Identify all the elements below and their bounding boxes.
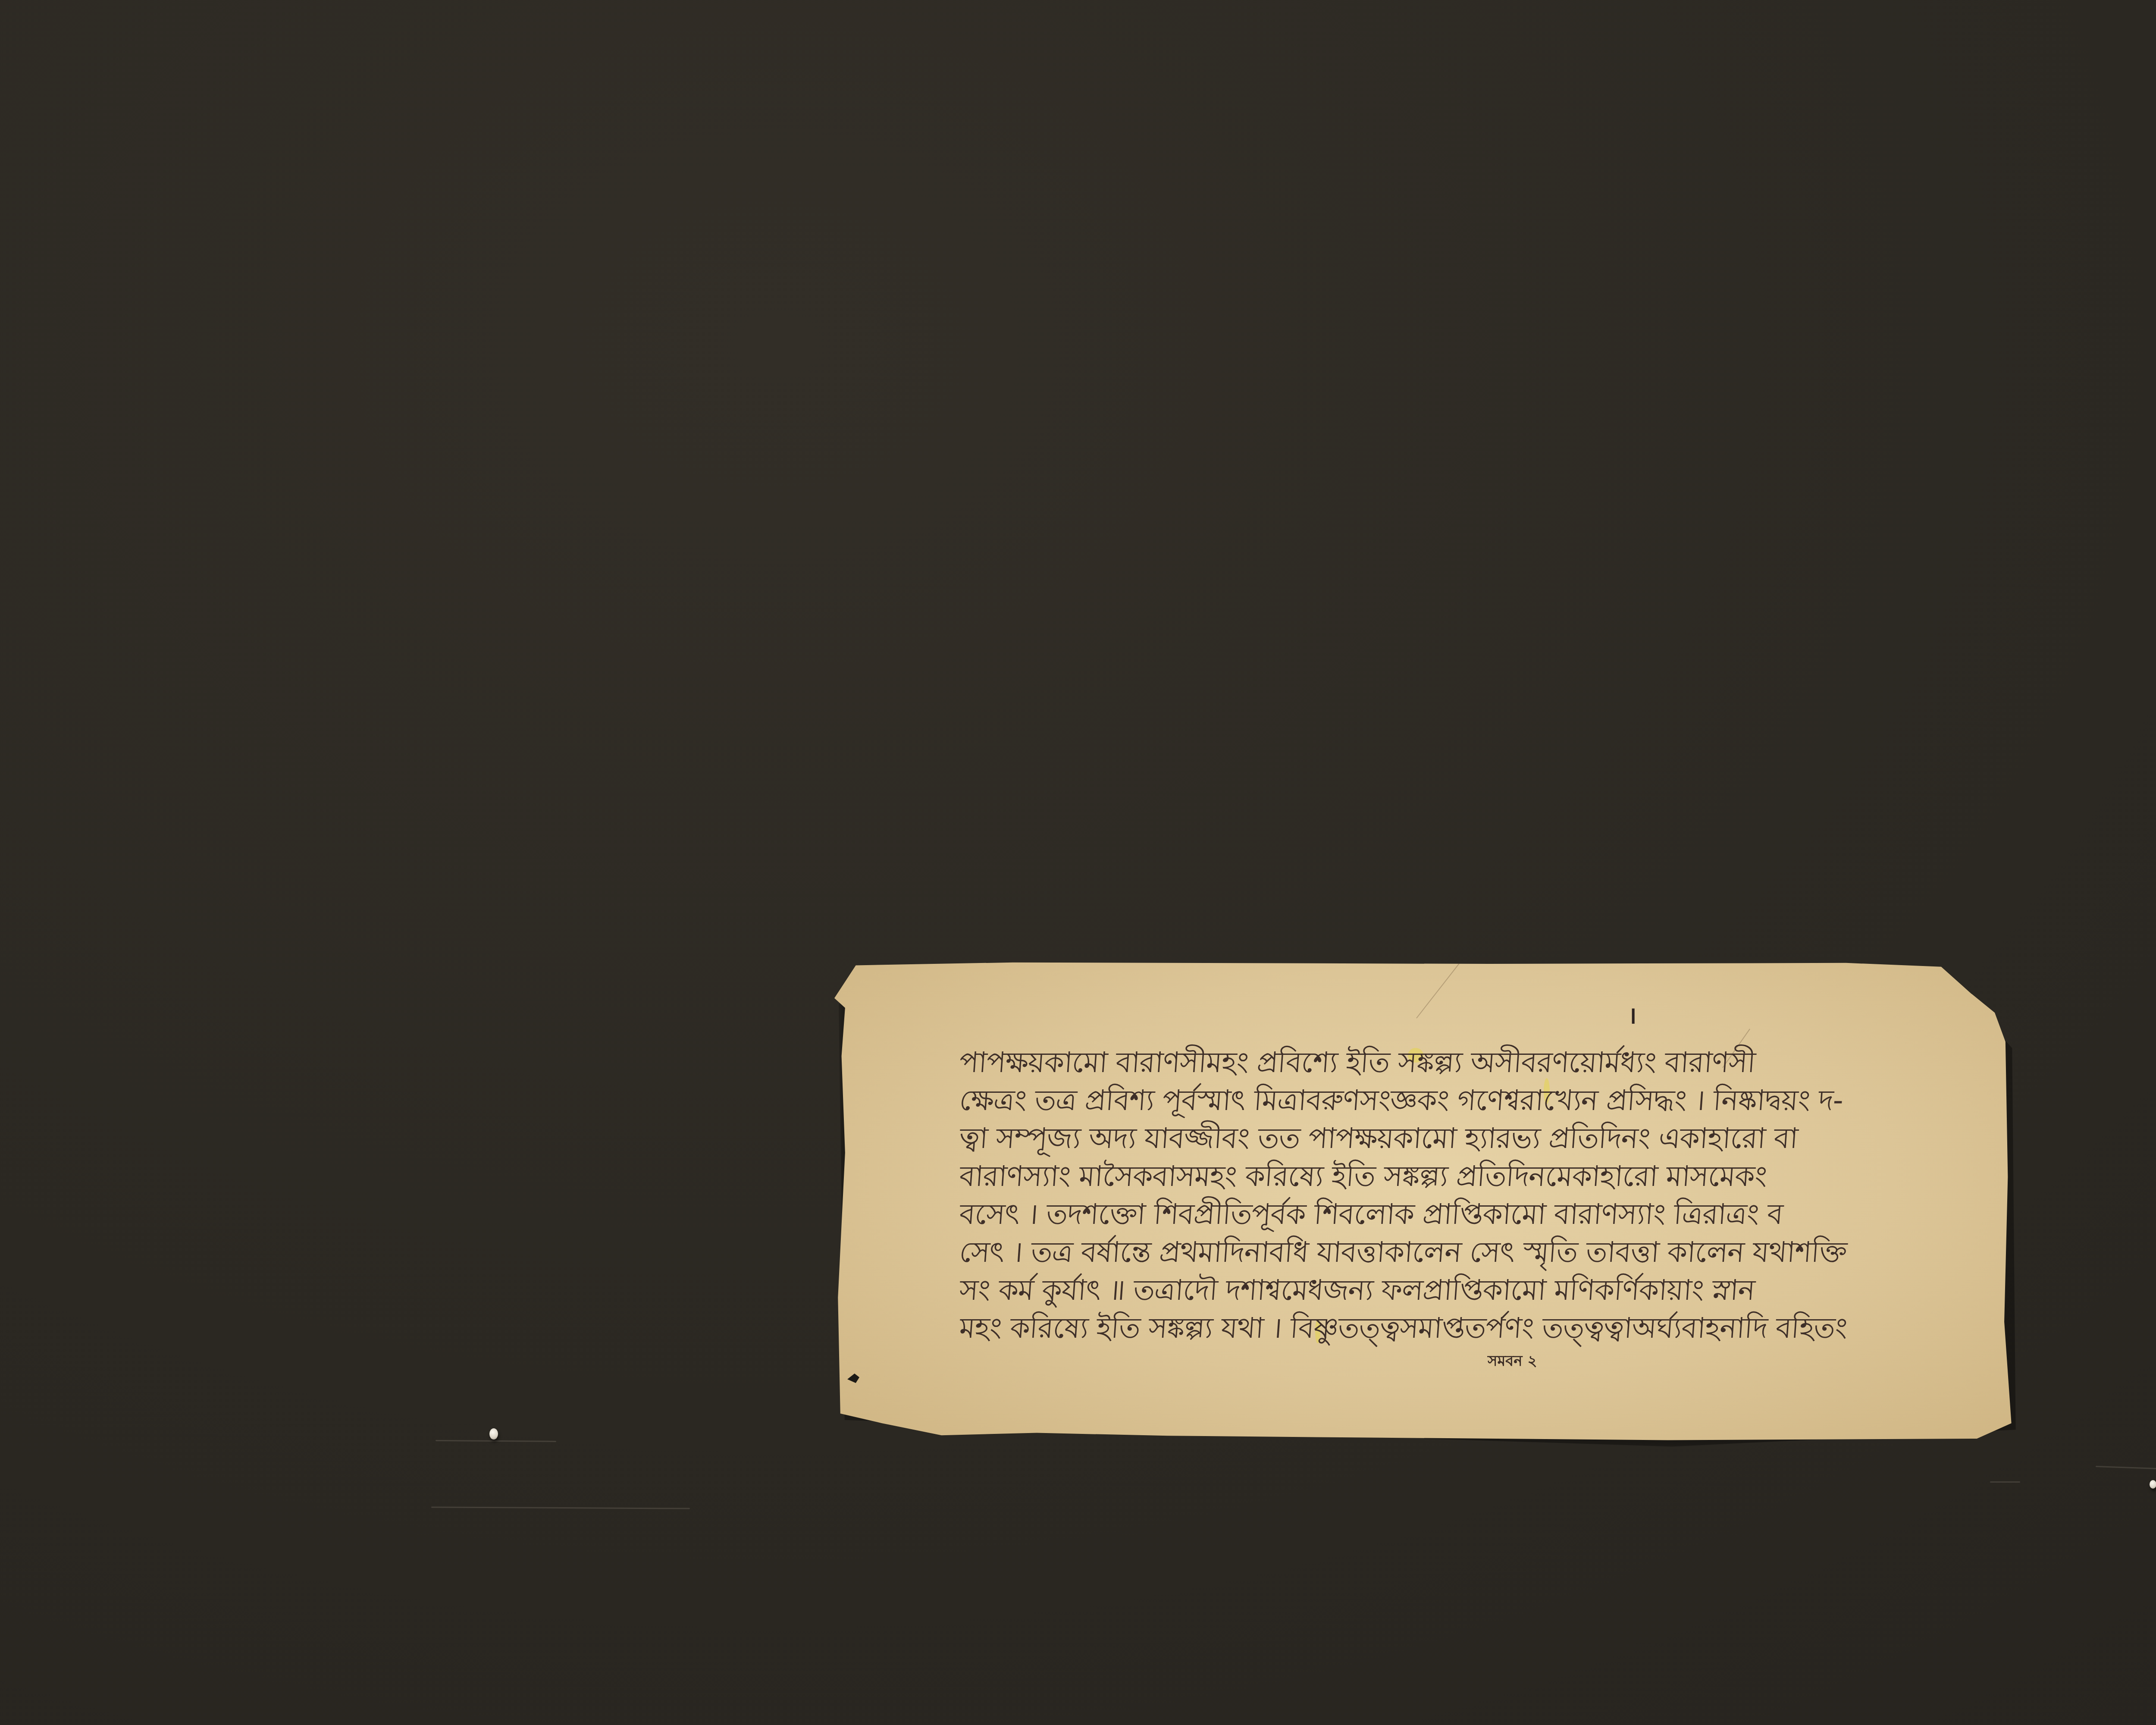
ink-stroke bbox=[1416, 960, 1462, 1018]
mounting-pin bbox=[489, 1428, 498, 1440]
worm-hole bbox=[847, 1374, 859, 1383]
mounting-pin bbox=[2150, 1480, 2156, 1489]
manuscript-line: বারাণস্যাং মাসৈকবাসমহং করিষ্যে ইতি সঙ্কল… bbox=[958, 1157, 1944, 1195]
manuscript-line: মহং করিষ্যে ইতি সঙ্কল্প্য যথা । বিষ্ণুতত… bbox=[958, 1309, 1944, 1347]
manuscript-line: ক্ষেত্রং তত্র প্রবিশ্য পূর্বস্মাৎ মিত্রা… bbox=[958, 1082, 1944, 1120]
board-scratch bbox=[431, 1506, 690, 1509]
manuscript-line: বসেৎ । তদশক্তো শিবপ্রীতিপূর্বক শিবলোক প্… bbox=[958, 1195, 1944, 1233]
manuscript-line: সং কর্ম কুর্যাৎ ॥ তত্রাদৌ দশাশ্বমেধজন্য … bbox=[958, 1271, 1944, 1309]
manuscript-folio: । পাপক্ষয়কামো বারাণসীমহং প্রবিশ্যে ইতি … bbox=[834, 960, 2024, 1443]
folio-top-mark: । bbox=[1628, 998, 1636, 1030]
manuscript-text: পাপক্ষয়কামো বারাণসীমহং প্রবিশ্যে ইতি সঙ… bbox=[959, 1044, 1943, 1347]
manuscript-line: পাপক্ষয়কামো বারাণসীমহং প্রবিশ্যে ইতি সঙ… bbox=[958, 1044, 1944, 1082]
manuscript-line: ত্বা সম্পূজ্য অদ্য যাবজ্জীবং তত পাপক্ষয়… bbox=[958, 1120, 1944, 1157]
board-scratch bbox=[436, 1440, 556, 1442]
mounting-board bbox=[0, 0, 2156, 1725]
board-scratch bbox=[2096, 1466, 2156, 1472]
folio-number: সমবন ২ bbox=[1488, 1350, 1537, 1374]
board-scratch bbox=[1990, 1481, 2020, 1483]
manuscript-line: সেৎ । তত্র বর্ষান্তে প্রথমাদিনাবধি যাবত্… bbox=[958, 1233, 1944, 1271]
